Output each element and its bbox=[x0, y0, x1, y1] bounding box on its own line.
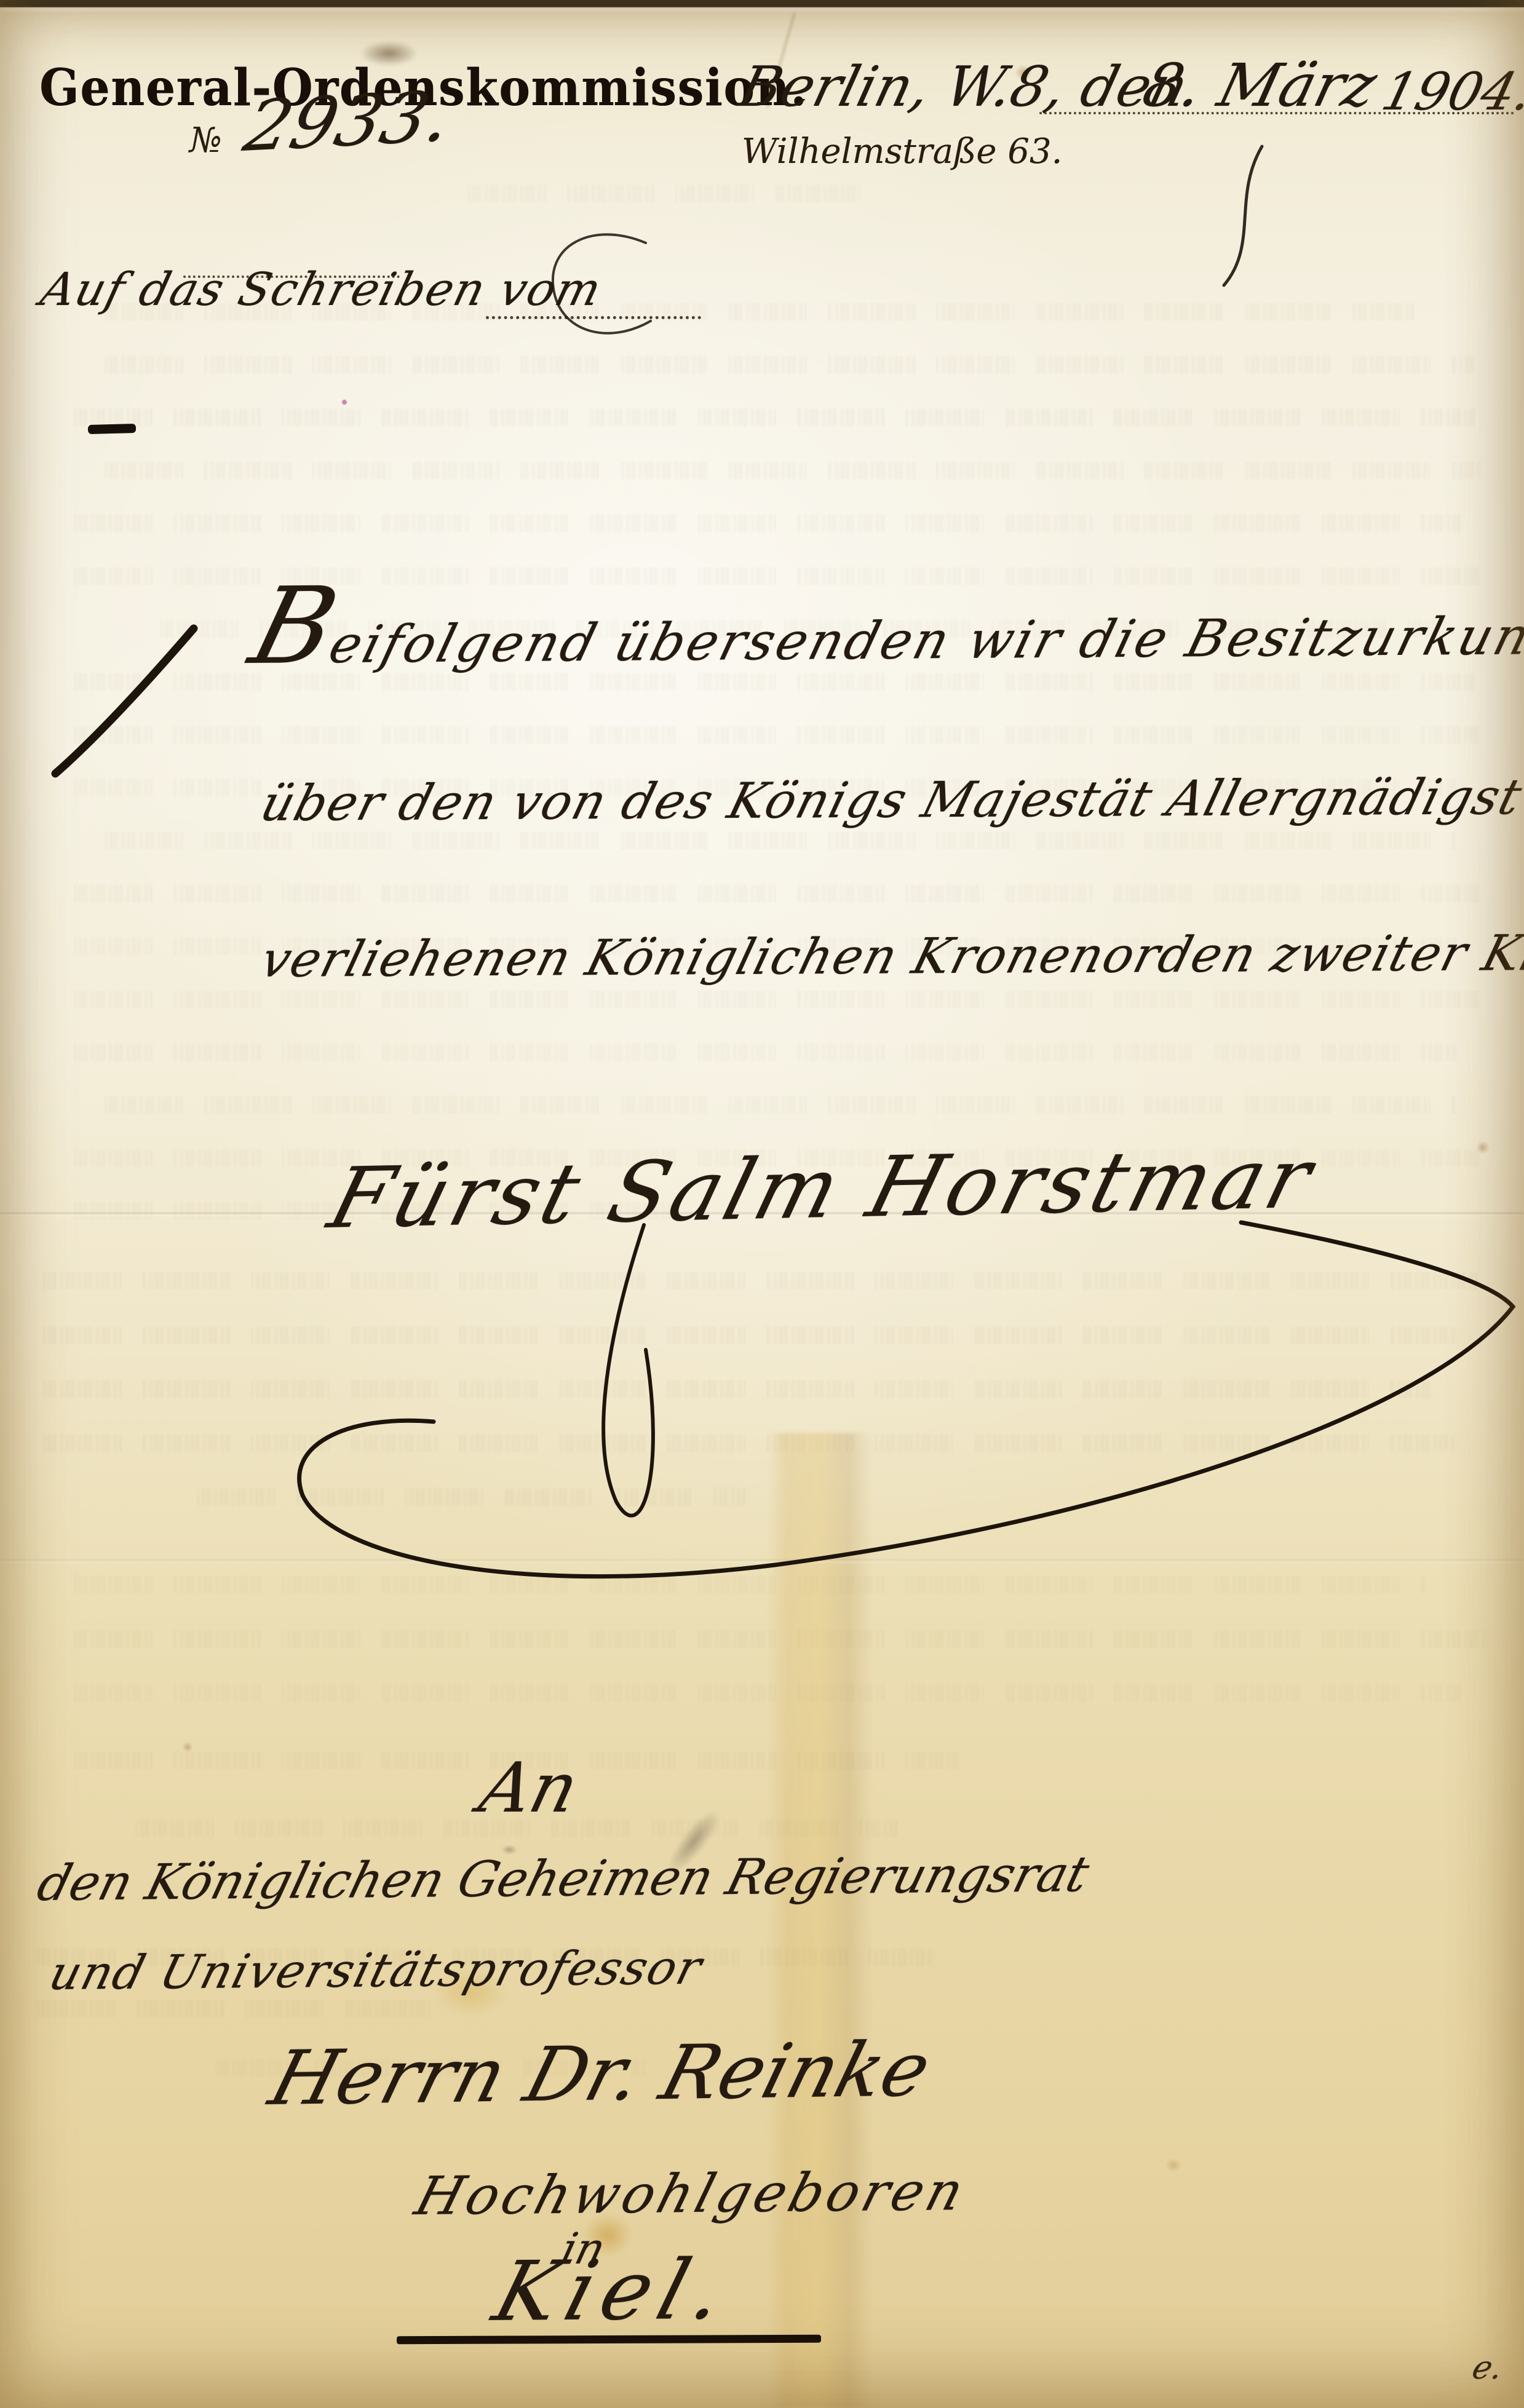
signature-swash-loop bbox=[300, 1222, 1513, 1577]
pen-flourishes bbox=[0, 0, 1524, 2408]
signature-descender-loop bbox=[603, 1225, 653, 1516]
letter-page: General-Ordenskommission. № 2933. Berlin… bbox=[0, 0, 1524, 2408]
margin-slash-mark bbox=[55, 628, 194, 774]
flourish-hook-after-reference bbox=[553, 234, 651, 333]
date-descender-stroke bbox=[1224, 146, 1262, 285]
